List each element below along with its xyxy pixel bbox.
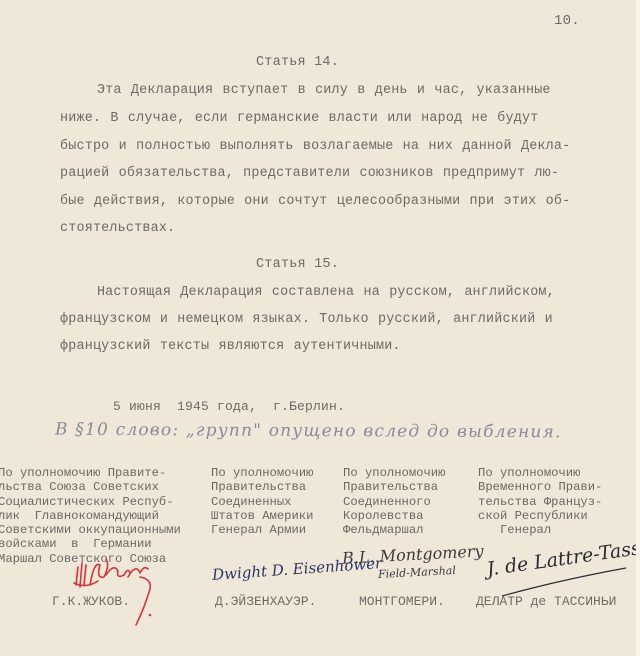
signatory-ussr-authority: По уполномочию Правите-льства Союза Сове… bbox=[0, 466, 181, 566]
authority-line: Социалистических Респуб- bbox=[0, 495, 181, 509]
page-number: 10. bbox=[554, 14, 580, 28]
authority-line: По уполномочию bbox=[343, 466, 445, 480]
authority-line: Фельдмаршал bbox=[343, 523, 445, 537]
signatory-name-zhukov: Г.К.ЖУКОВ. bbox=[52, 594, 130, 609]
signature-zhukov bbox=[66, 555, 176, 630]
signatory-name-eisenhower: Д.ЭЙЗЕНХАУЭР. bbox=[215, 594, 316, 609]
article-15-line: Настоящая Декларация составлена на русск… bbox=[60, 286, 555, 299]
article-14-line: бые действия, которые они сочтут целесоо… bbox=[60, 195, 570, 208]
authority-line: Правительства bbox=[211, 480, 313, 494]
authority-line: Советскими оккупационными bbox=[0, 523, 181, 537]
authority-line: Генерал bbox=[478, 523, 602, 537]
authority-line: войсками в Германии bbox=[0, 537, 181, 551]
authority-line: ской Республики bbox=[478, 509, 602, 523]
authority-line: тельства Француз- bbox=[478, 495, 602, 509]
article-14-line: ниже. В случае, если германские власти и… bbox=[60, 112, 538, 125]
article-14-line: быстро и полностью выполнять возлагаемые… bbox=[60, 140, 570, 153]
authority-line: Соединенных bbox=[211, 495, 313, 509]
signatory-name-de-lattre: ДЕЛАТР де ТАССИНЬИ bbox=[476, 594, 616, 609]
article-14-line: Эта Декларация вступает в силу в день и … bbox=[60, 84, 551, 97]
authority-line: По уполномочию bbox=[211, 466, 313, 480]
article-15-line: французский тексты являются аутентичными… bbox=[60, 340, 401, 353]
authority-line: Генерал Армии bbox=[211, 523, 313, 537]
signature-montgomery-rank: Field-Marshal bbox=[378, 564, 456, 581]
authority-line: Временного Прави- bbox=[478, 480, 602, 494]
authority-line: лик Главнокомандующий bbox=[0, 509, 181, 523]
authority-line: По уполномочию bbox=[478, 466, 602, 480]
handwritten-note: В §10 слово: „групп" опущено вслед до вы… bbox=[55, 420, 562, 443]
authority-line: льства Союза Советских bbox=[0, 480, 181, 494]
signatory-name-montgomery: МОНТГОМЕРИ. bbox=[359, 594, 445, 609]
document-page: 10. Статья 14. Эта Декларация вступает в… bbox=[0, 0, 636, 656]
signatory-france-authority: По уполномочиюВременного Прави-тельства … bbox=[478, 466, 602, 537]
authority-line: По уполномочию Правите- bbox=[0, 466, 181, 480]
page-edge bbox=[636, 0, 640, 656]
article-14-line: рацией обязательства, представители союз… bbox=[60, 167, 559, 180]
authority-line: Правительства bbox=[343, 480, 445, 494]
authority-line: Соединенного bbox=[343, 495, 445, 509]
article-15-title: Статья 15. bbox=[256, 258, 339, 272]
date-place-line: 5 июня 1945 года, г.Берлин. bbox=[113, 400, 345, 413]
signature-montgomery: B.L. Montgomery bbox=[342, 541, 484, 567]
article-15-line: французском и немецком языках. Только ру… bbox=[60, 313, 553, 326]
authority-line: Королевства bbox=[343, 509, 445, 523]
article-14-line: стоятельствах. bbox=[60, 222, 175, 235]
article-14-title: Статья 14. bbox=[256, 56, 339, 70]
authority-line: Штатов Америки bbox=[211, 509, 313, 523]
signatory-usa-authority: По уполномочиюПравительстваСоединенныхШт… bbox=[211, 466, 313, 537]
signatory-uk-authority: По уполномочиюПравительстваСоединенногоК… bbox=[343, 466, 445, 537]
